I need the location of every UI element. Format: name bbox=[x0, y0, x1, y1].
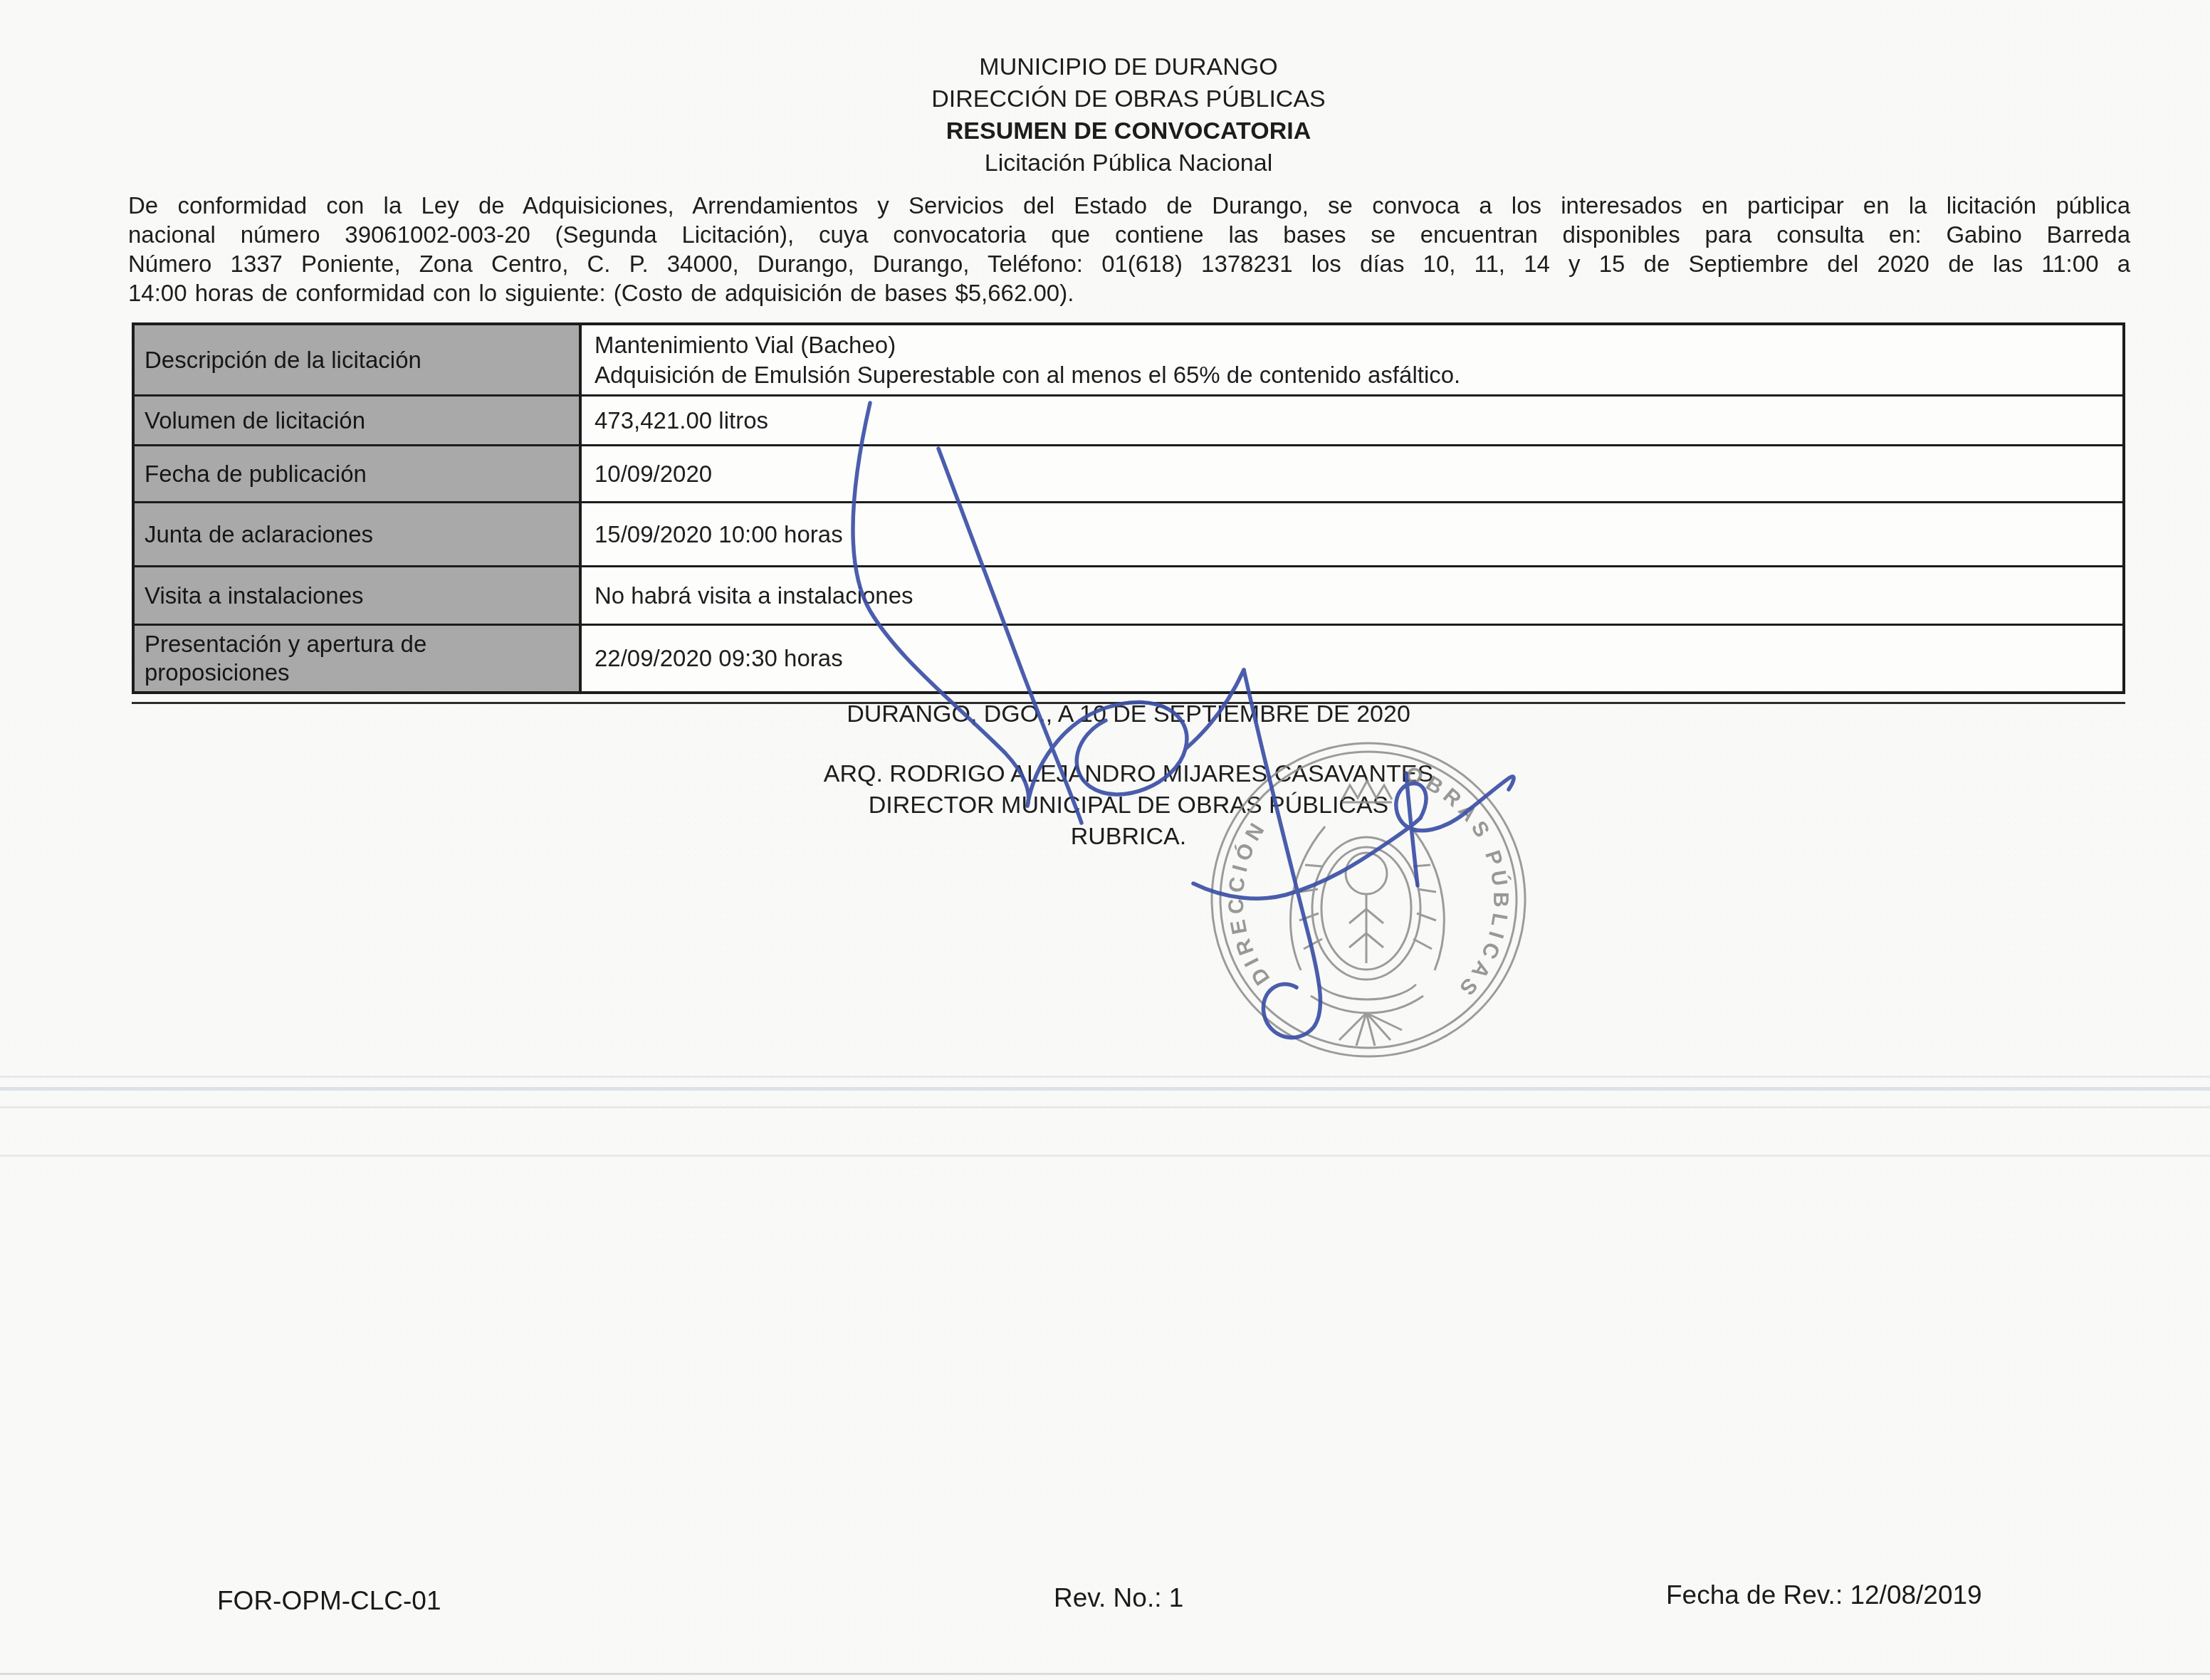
scan-artifact-line bbox=[0, 1673, 2210, 1675]
revision-date: Fecha de Rev.: 12/08/2019 bbox=[1666, 1580, 1982, 1610]
table-row: Fecha de publicación 10/09/2020 bbox=[135, 446, 2122, 503]
table-row: Presentación y apertura de proposiciones… bbox=[135, 626, 2122, 691]
seal-outer-ring bbox=[1212, 743, 1525, 1056]
row-label-text: Visita a instalaciones bbox=[145, 582, 569, 610]
row-value-line: 10/09/2020 bbox=[595, 459, 2110, 489]
row-value: Mantenimiento Vial (Bacheo) Adquisición … bbox=[582, 325, 2122, 394]
document-subtitle: Licitación Pública Nacional bbox=[132, 147, 2125, 179]
seal-ribbon bbox=[1318, 985, 1416, 999]
row-label: Fecha de publicación bbox=[135, 446, 582, 501]
row-value-line: Mantenimiento Vial (Bacheo) bbox=[595, 330, 2110, 360]
intro-paragraph: De conformidad con la Ley de Adquisicion… bbox=[128, 191, 2130, 308]
row-label-text: Descripción de la licitación bbox=[145, 346, 569, 374]
department-name: DIRECCIÓN DE OBRAS PÚBLICAS bbox=[132, 83, 2125, 115]
signatory-name: ARQ. RODRIGO ALEJANDRO MIJARES CASAVANTE… bbox=[132, 759, 2125, 789]
bid-summary-table: Descripción de la licitación Mantenimien… bbox=[132, 322, 2125, 694]
row-label-text: Volumen de licitación bbox=[145, 406, 569, 435]
scan-artifact-line bbox=[0, 1076, 2210, 1078]
seal-tree-icon bbox=[1346, 853, 1387, 894]
org-name: MUNICIPIO DE DURANGO bbox=[132, 51, 2125, 83]
row-label: Volumen de licitación bbox=[135, 397, 582, 444]
official-seal-stamp: DIRECCIÓN OBRAS PÚBLICAS bbox=[1203, 734, 1534, 1066]
table-row: Junta de aclaraciones 15/09/2020 10:00 h… bbox=[135, 503, 2122, 567]
scan-artifact-line bbox=[0, 1087, 2210, 1091]
rubric-label: RUBRICA. bbox=[132, 821, 2125, 851]
row-value-line: 15/09/2020 10:00 horas bbox=[595, 520, 2110, 550]
seal-crown-icon bbox=[1342, 781, 1392, 799]
row-label: Presentación y apertura de proposiciones bbox=[135, 626, 582, 691]
svg-text:OBRAS PÚBLICAS: OBRAS PÚBLICAS bbox=[1403, 762, 1513, 1004]
scan-artifact-line bbox=[0, 1155, 2210, 1157]
scanned-document-page: MUNICIPIO DE DURANGO DIRECCIÓN DE OBRAS … bbox=[0, 0, 2210, 1680]
seal-inner-ring bbox=[1220, 752, 1517, 1048]
revision-number: Rev. No.: 1 bbox=[1054, 1583, 1183, 1613]
place-date-line: DURANGO, DGO., A 10 DE SEPTIEMBRE DE 202… bbox=[132, 699, 2125, 729]
row-value: 473,421.00 litros bbox=[582, 397, 2122, 444]
row-value: 22/09/2020 09:30 horas bbox=[582, 626, 2122, 691]
row-label: Visita a instalaciones bbox=[135, 567, 582, 624]
intro-line-1: De conformidad con la Ley de Adquisicion… bbox=[128, 191, 2130, 220]
document-header: MUNICIPIO DE DURANGO DIRECCIÓN DE OBRAS … bbox=[132, 51, 2125, 179]
seal-laurel-left bbox=[1291, 826, 1325, 970]
row-value-line: 473,421.00 litros bbox=[595, 406, 2110, 436]
row-label: Junta de aclaraciones bbox=[135, 503, 582, 565]
form-code: FOR-OPM-CLC-01 bbox=[217, 1586, 441, 1616]
table-row: Descripción de la licitación Mantenimien… bbox=[135, 325, 2122, 397]
table-row: Visita a instalaciones No habrá visita a… bbox=[135, 567, 2122, 626]
row-value: 15/09/2020 10:00 horas bbox=[582, 503, 2122, 565]
row-value-line: No habrá visita a instalaciones bbox=[595, 581, 2110, 611]
row-value-line: Adquisición de Emulsión Superestable con… bbox=[595, 360, 2110, 390]
row-label-text: Junta de aclaraciones bbox=[145, 520, 569, 549]
table-row: Volumen de licitación 473,421.00 litros bbox=[135, 397, 2122, 446]
intro-line-2: nacional número 39061002-003-20 (Segunda… bbox=[128, 220, 2130, 249]
row-value-line: 22/09/2020 09:30 horas bbox=[595, 644, 2110, 673]
row-label-text: Presentación y apertura de proposiciones bbox=[145, 630, 569, 687]
intro-line-3: Número 1337 Poniente, Zona Centro, C. P.… bbox=[128, 249, 2130, 278]
document-title: RESUMEN DE CONVOCATORIA bbox=[132, 115, 2125, 147]
row-value: 10/09/2020 bbox=[582, 446, 2122, 501]
row-label: Descripción de la licitación bbox=[135, 325, 582, 394]
row-label-text: Fecha de publicación bbox=[145, 460, 569, 488]
signatory-title: DIRECTOR MUNICIPAL DE OBRAS PÚBLICAS bbox=[132, 790, 2125, 820]
row-value: No habrá visita a instalaciones bbox=[582, 567, 2122, 624]
seal-laurel-right bbox=[1410, 826, 1444, 970]
scan-artifact-line bbox=[0, 1106, 2210, 1108]
seal-arc-text-right: OBRAS PÚBLICAS bbox=[1403, 762, 1513, 1004]
intro-line-4: 14:00 horas de conformidad con lo siguie… bbox=[128, 278, 2130, 308]
